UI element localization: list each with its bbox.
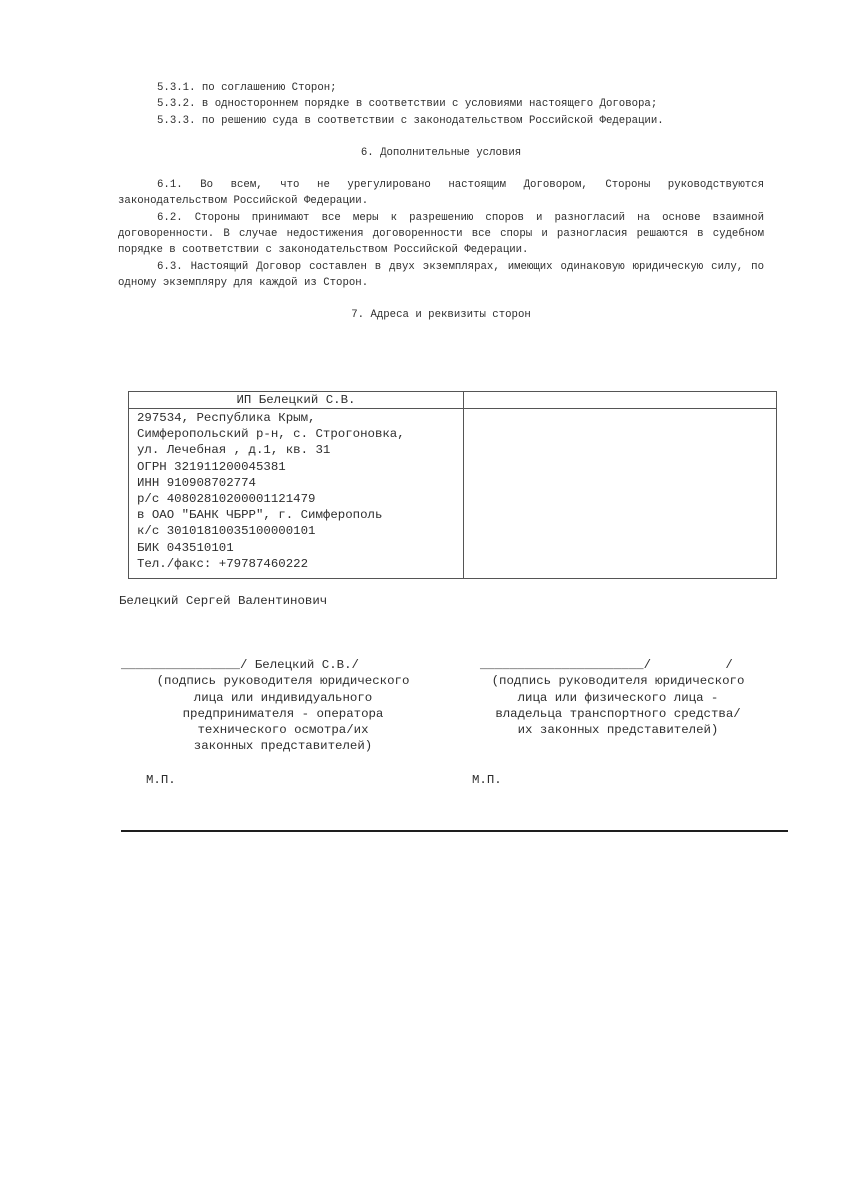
clause-6-3: 6.3. Настоящий Договор составлен в двух … — [118, 259, 764, 292]
signature-caption-line: владельца транспортного средства/ — [468, 706, 768, 722]
requisite-line: Симферопольский р-н, с. Строгоновка, — [137, 426, 463, 442]
requisite-line: БИК 043510101 — [137, 540, 463, 556]
party-1-header: ИП Белецкий С.В. — [129, 392, 464, 409]
signature-caption-line: (подпись руководителя юридического — [468, 673, 768, 689]
signature-caption-line: их законных представителей) — [468, 722, 768, 738]
clause-6-1: 6.1. Во всем, что не урегулировано насто… — [118, 177, 764, 210]
requisite-line: р/с 40802810200001121479 — [137, 491, 463, 507]
contract-page: 5.3.1. по соглашению Сторон; 5.3.2. в од… — [118, 80, 764, 324]
stamp-placeholder-left: М.П. — [146, 772, 176, 788]
signature-caption-line: лица или физического лица - — [468, 690, 768, 706]
signature-caption-line: лица или индивидуального — [118, 690, 448, 706]
clause-5-3-1: 5.3.1. по соглашению Сторон; — [118, 80, 764, 96]
signature-block-left: ________________/ Белецкий С.В./ (подпис… — [118, 657, 448, 755]
party-2-requisites — [464, 409, 777, 579]
clause-6-2: 6.2. Стороны принимают все меры к разреш… — [118, 210, 764, 259]
party-1-requisites: 297534, Республика Крым, Симферопольский… — [129, 409, 464, 579]
requisite-line: в ОАО "БАНК ЧБРР", г. Симферополь — [137, 507, 463, 523]
signature-caption-line: технического осмотра/их — [118, 722, 448, 738]
section-7-title: 7. Адреса и реквизиты сторон — [118, 307, 764, 323]
clause-5-3-2: 5.3.2. в одностороннем порядке в соответ… — [118, 96, 764, 112]
signature-line-left: ________________/ Белецкий С.В./ — [118, 657, 448, 673]
requisite-line: к/с 30101810035100000101 — [137, 523, 463, 539]
requisite-line: Тел./факс: +79787460222 — [137, 556, 463, 572]
party-2-header — [464, 392, 777, 409]
requisites-table: ИП Белецкий С.В. 297534, Республика Крым… — [128, 391, 777, 579]
signature-line-right: ______________________/ / — [468, 657, 768, 673]
signature-caption-line: законных представителей) — [118, 738, 448, 754]
table-header-row: ИП Белецкий С.В. — [129, 392, 777, 409]
table-row: 297534, Республика Крым, Симферопольский… — [129, 409, 777, 579]
signer-full-name: Белецкий Сергей Валентинович — [119, 593, 327, 609]
stamp-placeholder-right: М.П. — [472, 772, 502, 788]
requisite-line: 297534, Республика Крым, — [137, 410, 463, 426]
requisite-line: ИНН 910908702774 — [137, 475, 463, 491]
section-6-title: 6. Дополнительные условия — [118, 145, 764, 161]
signature-block-right: ______________________/ / (подпись руков… — [468, 657, 768, 738]
requisite-line: ул. Лечебная , д.1, кв. 31 — [137, 442, 463, 458]
requisite-line: ОГРН 321911200045381 — [137, 459, 463, 475]
signature-caption-line: предпринимателя - оператора — [118, 706, 448, 722]
clause-5-3-3: 5.3.3. по решению суда в соответствии с … — [118, 113, 764, 129]
requisites-table-container: ИП Белецкий С.В. 297534, Республика Крым… — [128, 391, 777, 579]
horizontal-divider — [121, 830, 788, 832]
signature-caption-line: (подпись руководителя юридического — [118, 673, 448, 689]
